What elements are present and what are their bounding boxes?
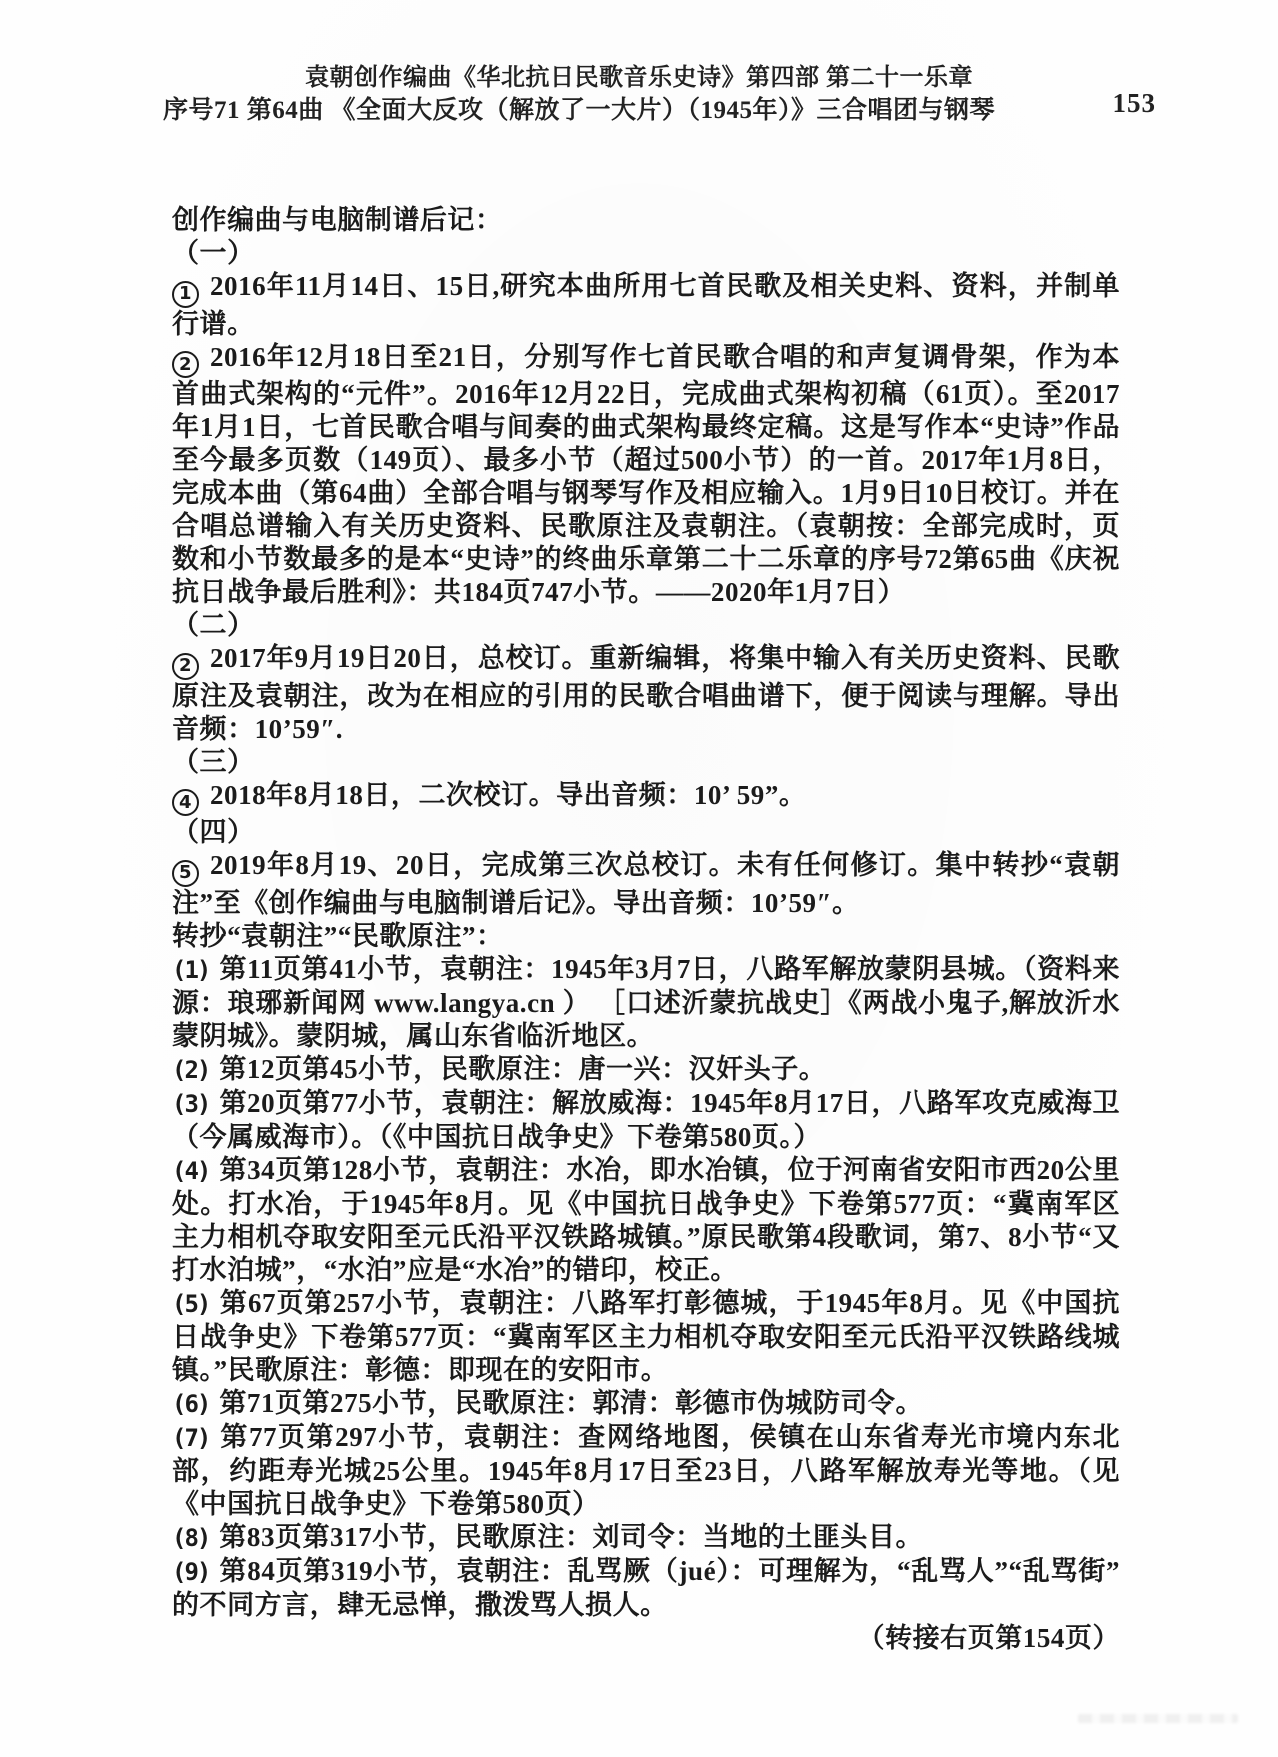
page-number: 153 <box>1113 88 1157 119</box>
paren-number: (7) <box>172 1424 209 1452</box>
circled-number: 5 <box>172 860 199 887</box>
transcribe-notes-lead: 转抄“袁朝注”“民歌原注”： <box>172 920 1120 953</box>
section-label-4: （四） <box>172 816 1120 849</box>
note-text: 第11页第41小节，袁朝注：1945年3月7日，八路军解放蒙阴县城。（资料来源：… <box>172 954 1120 1051</box>
paragraph-item: 52019年8月19、20日，完成第三次总校订。未有任何修订。集中转抄“袁朝注”… <box>172 849 1120 920</box>
note-text: 第71页第275小节，民歌原注：郭清：彰德市伪城防司令。 <box>219 1388 923 1418</box>
paragraph-item: 42018年8月18日，二次校订。导出音频：10’ 59”。 <box>172 779 1120 817</box>
header-line1: 袁朝创作编曲《华北抗日民歌音乐史诗》第四部 第二十一乐章 <box>0 62 1278 94</box>
note-item: (1)第11页第41小节，袁朝注：1945年3月7日，八路军解放蒙阴县城。（资料… <box>172 953 1120 1053</box>
continuation-note: （转接右页第154页） <box>172 1622 1120 1655</box>
note-item: (6)第71页第275小节，民歌原注：郭清：彰德市伪城防司令。 <box>172 1387 1120 1421</box>
paragraph-item: 22016年12月18日至21日，分别写作七首民歌合唱的和声复调骨架，作为本首曲… <box>172 341 1120 610</box>
document-page: 袁朝创作编曲《华北抗日民歌音乐史诗》第四部 第二十一乐章 序号71 第64曲 《… <box>0 0 1278 1757</box>
note-item: (5)第67页第257小节，袁朝注：八路军打彰德城，于1945年8月。见《中国抗… <box>172 1287 1120 1387</box>
note-item: (7)第77页第297小节，袁朝注：查网络地图，侯镇在山东省寿光市境内东北部，约… <box>172 1421 1120 1521</box>
note-item: (4)第34页第128小节，袁朝注：水冶，即水冶镇，位于河南省安阳市西20公里处… <box>172 1154 1120 1287</box>
postscript-title: 创作编曲与电脑制谱后记： <box>172 204 1120 237</box>
note-item: (3)第20页第77小节，袁朝注：解放威海：1945年8月17日，八路军攻克威海… <box>172 1087 1120 1154</box>
note-item: (9)第84页第319小节，袁朝注：乱骂厥（jué）：可理解为，“乱骂人”“乱骂… <box>172 1555 1120 1622</box>
circled-number: 1 <box>172 281 199 308</box>
section-label-1: （一） <box>172 237 1120 270</box>
note-text: 第84页第319小节，袁朝注：乱骂厥（jué）：可理解为，“乱骂人”“乱骂街”的… <box>172 1556 1120 1620</box>
note-text: 第67页第257小节，袁朝注：八路军打彰德城，于1945年8月。见《中国抗日战争… <box>172 1288 1120 1385</box>
note-text: 第34页第128小节，袁朝注：水冶，即水冶镇，位于河南省安阳市西20公里处。打水… <box>172 1155 1120 1285</box>
paren-number: (5) <box>172 1290 209 1318</box>
paragraph-text: 2018年8月18日，二次校订。导出音频：10’ 59”。 <box>210 780 806 810</box>
paragraph-item: 12016年11月14日、15日,研究本曲所用七首民歌及相关史料、资料，并制单行… <box>172 270 1120 341</box>
note-text: 第83页第317小节，民歌原注：刘司令：当地的土匪头目。 <box>219 1522 923 1552</box>
paragraph-item: 22017年9月19日20日，总校订。重新编辑，将集中输入有关历史资料、民歌原注… <box>172 642 1120 746</box>
circled-number: 2 <box>172 351 199 378</box>
note-text: 第77页第297小节，袁朝注：查网络地图，侯镇在山东省寿光市境内东北部，约距寿光… <box>172 1422 1120 1519</box>
paragraph-text: 2016年12月18日至21日，分别写作七首民歌合唱的和声复调骨架，作为本首曲式… <box>172 342 1120 608</box>
paren-number: (6) <box>172 1390 209 1418</box>
paragraph-text: 2019年8月19、20日，完成第三次总校订。未有任何修订。集中转抄“袁朝注”至… <box>172 850 1120 918</box>
paren-number: (3) <box>172 1090 209 1118</box>
page-header: 袁朝创作编曲《华北抗日民歌音乐史诗》第四部 第二十一乐章 序号71 第64曲 《… <box>0 62 1278 128</box>
paren-number: (2) <box>172 1056 209 1084</box>
paragraph-text: 2016年11月14日、15日,研究本曲所用七首民歌及相关史料、资料，并制单行谱… <box>172 271 1120 339</box>
paren-number: (9) <box>172 1558 209 1586</box>
faint-watermark <box>1078 1714 1238 1723</box>
note-item: (8)第83页第317小节，民歌原注：刘司令：当地的土匪头目。 <box>172 1521 1120 1555</box>
note-text: 第12页第45小节，民歌原注：唐一兴：汉奸头子。 <box>219 1054 826 1084</box>
circled-number: 2 <box>172 653 199 680</box>
section-label-2: （二） <box>172 609 1120 642</box>
paren-number: (1) <box>172 956 209 984</box>
header-line2: 序号71 第64曲 《全面大反攻（解放了一大片）（1945年）》三合唱团与钢琴 <box>0 94 1278 128</box>
note-text: 第20页第77小节，袁朝注：解放威海：1945年8月17日，八路军攻克威海卫（今… <box>172 1088 1120 1152</box>
circled-number: 4 <box>172 789 199 816</box>
note-item: (2)第12页第45小节，民歌原注：唐一兴：汉奸头子。 <box>172 1053 1120 1087</box>
paragraph-text: 2017年9月19日20日，总校订。重新编辑，将集中输入有关历史资料、民歌原注及… <box>172 643 1120 744</box>
body-text: 创作编曲与电脑制谱后记： （一） 12016年11月14日、15日,研究本曲所用… <box>172 204 1120 1655</box>
paren-number: (4) <box>172 1157 209 1185</box>
paren-number: (8) <box>172 1524 209 1552</box>
section-label-3: （三） <box>172 746 1120 779</box>
